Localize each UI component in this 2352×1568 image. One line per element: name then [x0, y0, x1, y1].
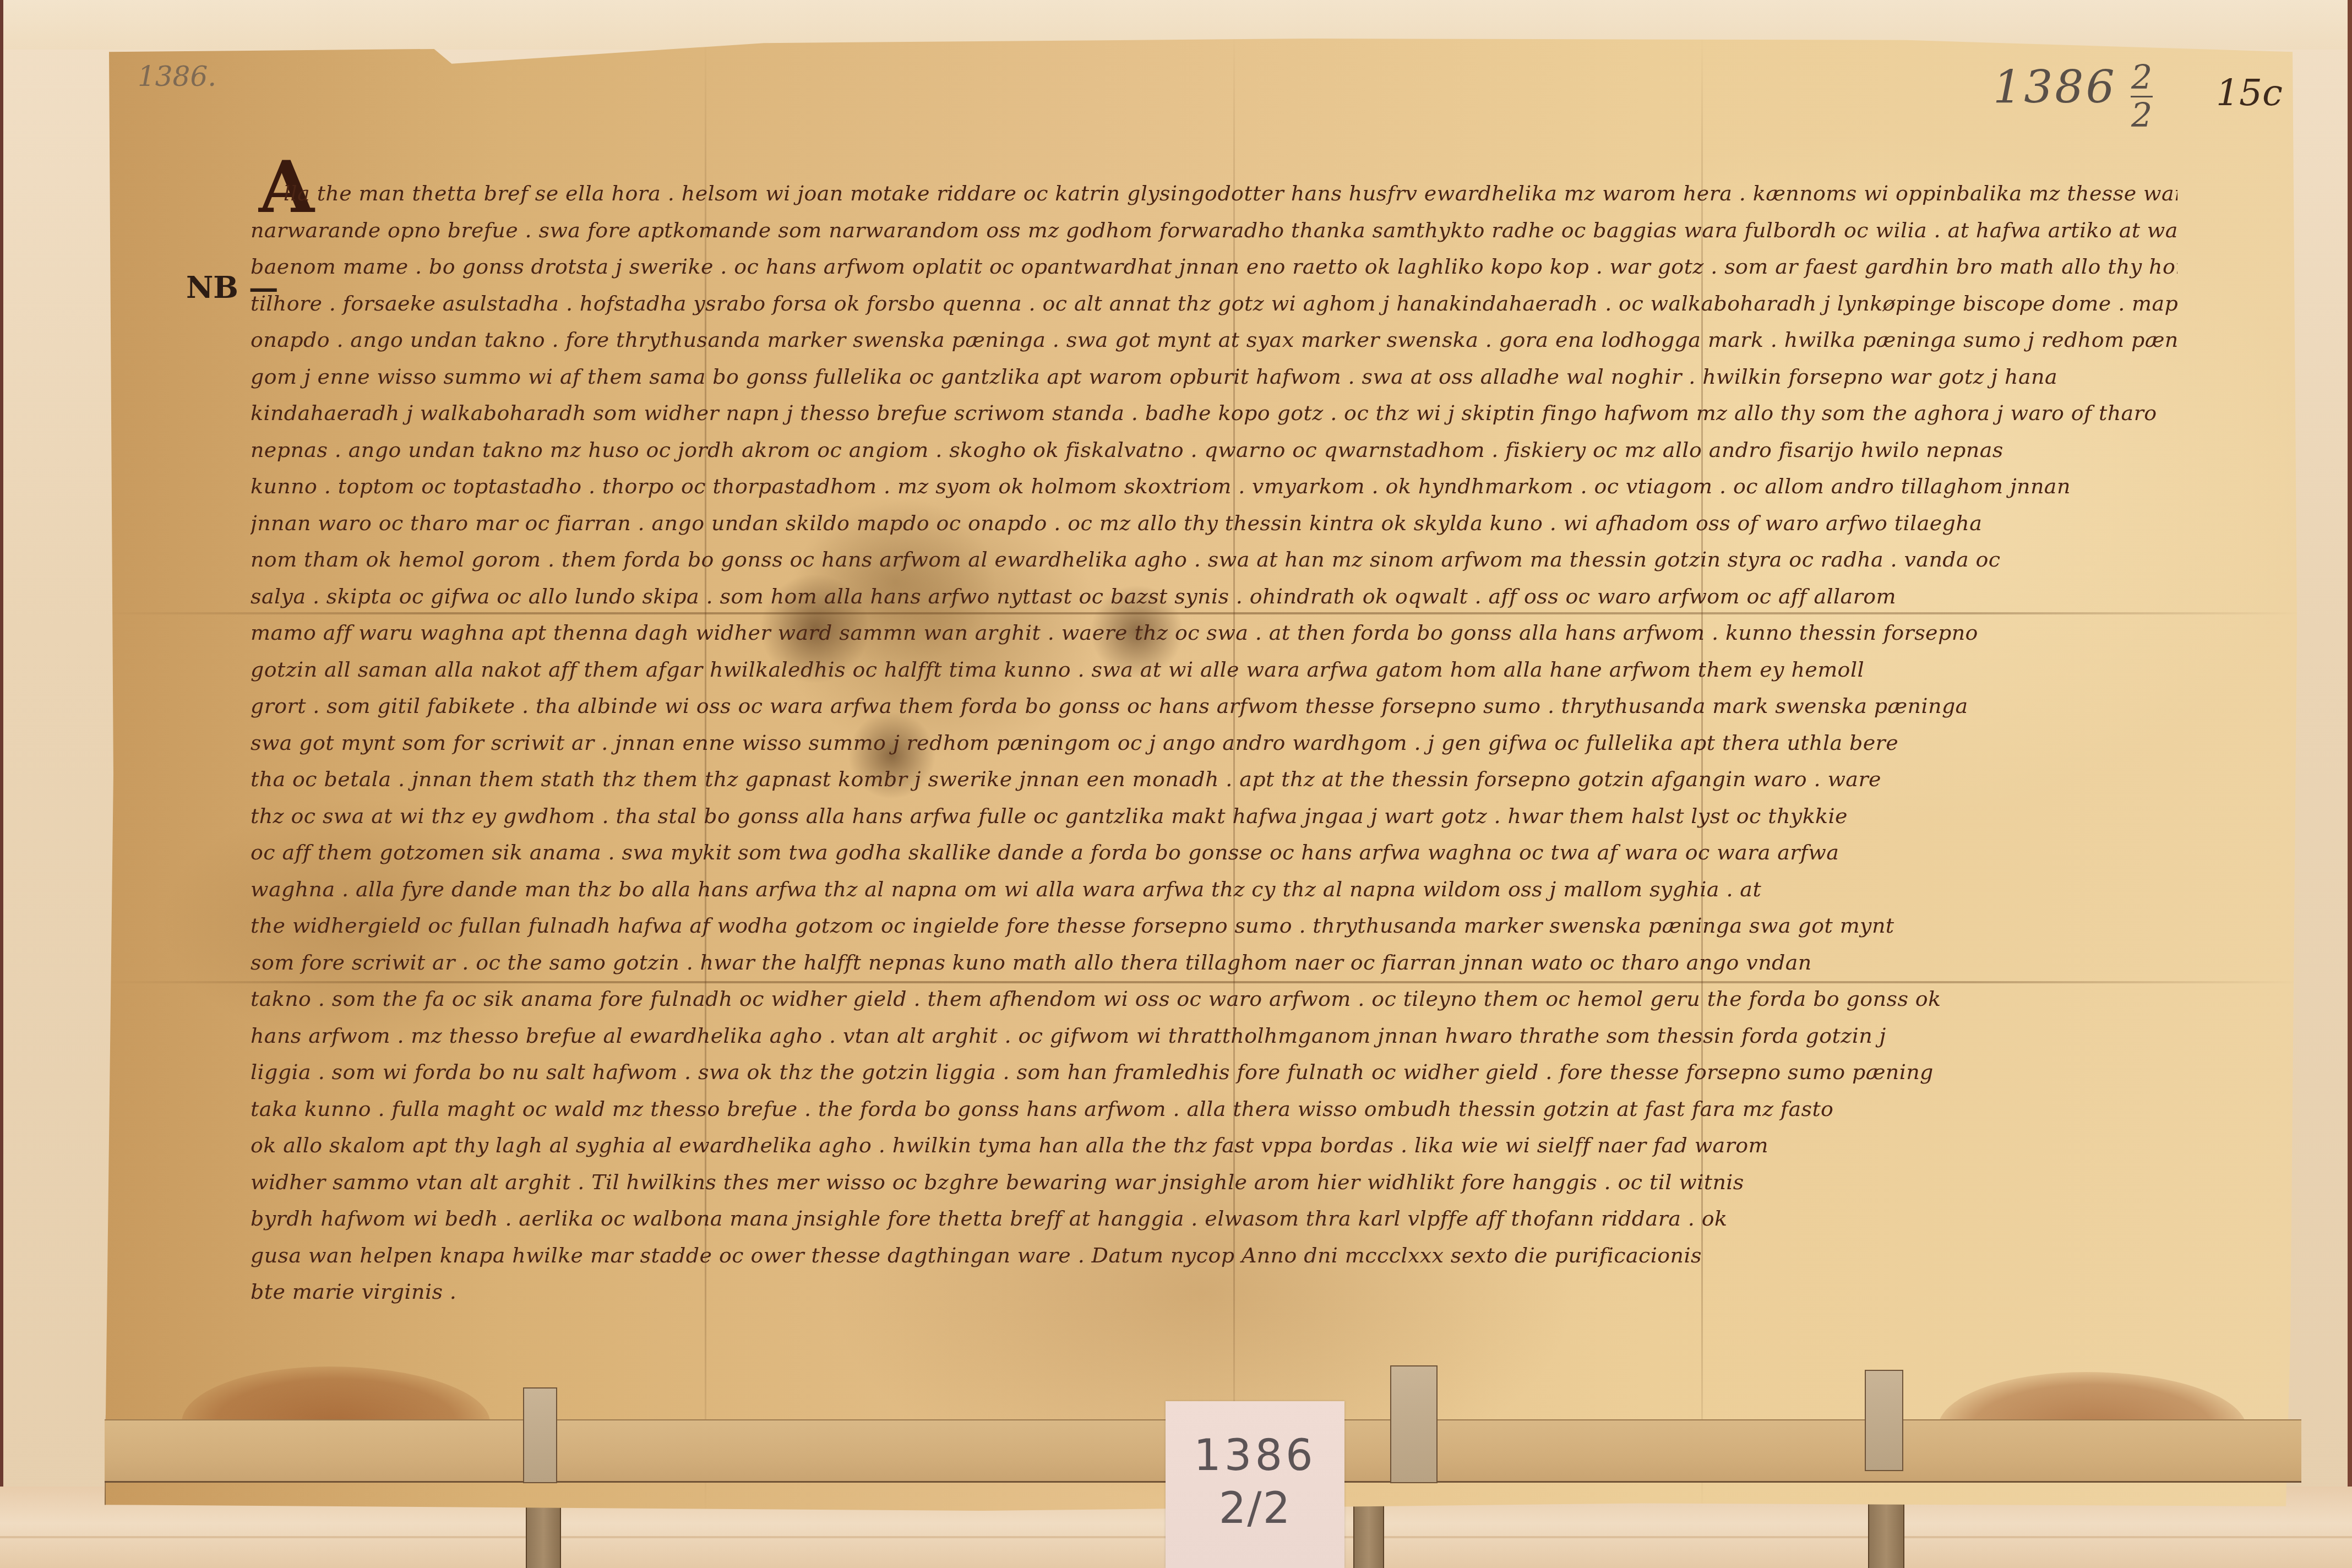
folio-annotation: 15c	[2216, 72, 2283, 114]
shelf-mark-annotation: 1386.	[138, 61, 216, 92]
text-line: byrdh hafwom wi bedh . aerlika oc walbon…	[251, 1200, 2177, 1237]
text-line: kunno . toptom oc toptastadho . thorpo o…	[251, 468, 2177, 505]
text-line: bte marie virginis .	[251, 1273, 2177, 1310]
label-part: 2/2	[1219, 1484, 1292, 1533]
text-line: ok allo skalom apt thy lagh al syghia al…	[251, 1127, 2177, 1164]
text-line: gom j enne wisso summo wi af them sama b…	[251, 358, 2177, 395]
text-line: taka kunno . fulla maght oc wald mz thes…	[251, 1091, 2177, 1128]
text-line: tilhore . forsaeke asulstadha . hofstadh…	[251, 285, 2177, 322]
text-line: baenom mame . bo gonss drotsta j swerike…	[251, 248, 2177, 285]
text-line: tha oc betala . jnnan them stath thz the…	[251, 761, 2177, 798]
mount-left-edge	[0, 0, 3, 1568]
text-line: oc aff them gotzomen sik anama . swa myk…	[251, 834, 2177, 871]
fraction-denominator: 2	[2131, 99, 2152, 133]
text-line: narwarande opno brefue . swa fore aptkom…	[251, 212, 2177, 249]
text-line: waghna . alla fyre dande man thz bo alla…	[251, 871, 2177, 908]
seal-tag-center	[1390, 1365, 1438, 1483]
archive-label: 1386 2/2	[1166, 1401, 1344, 1568]
mount-right-edge	[2348, 0, 2352, 1568]
text-line: salya . skipta oc gifwa oc allo lundo sk…	[251, 578, 2177, 615]
part-fraction-annotation: 2 2	[2131, 61, 2153, 133]
charter-text: lla the man thetta bref se ella hora . h…	[251, 175, 2177, 1310]
text-line: onapdo . ango undan takno . fore thrythu…	[251, 322, 2177, 358]
text-line: som fore scriwit ar . oc the samo gotzin…	[251, 944, 2177, 981]
text-line: kindahaeradh j walkaboharadh som widher …	[251, 395, 2177, 432]
text-line: nom tham ok hemol gorom . them forda bo …	[251, 541, 2177, 578]
year-annotation: 1386	[1993, 62, 2117, 114]
text-line: the widhergield oc fullan fulnadh hafwa …	[251, 907, 2177, 944]
photograph-background: 1386. 1386 2 2 15c NB — A lla the man th…	[0, 0, 2352, 1568]
text-line: nepnas . ango undan takno mz huso oc jor…	[251, 432, 2177, 469]
text-line: hans arfwom . mz thesso brefue al ewardh…	[251, 1017, 2177, 1054]
text-line: takno . som the fa oc sik anama fore ful…	[251, 981, 2177, 1017]
seal-tag-right	[1865, 1370, 1903, 1471]
text-line: lla the man thetta bref se ella hora . h…	[251, 175, 2177, 212]
text-line: liggia . som wi forda bo nu salt hafwom …	[251, 1054, 2177, 1091]
text-line: grort . som gitil fabikete . tha albinde…	[251, 688, 2177, 725]
text-line: widher sammo vtan alt arghit . Til hwilk…	[251, 1164, 2177, 1201]
fraction-numerator: 2	[2131, 61, 2152, 95]
text-line: swa got mynt som for scriwit ar . jnnan …	[251, 725, 2177, 761]
text-line: thz oc swa at wi thz ey gwdhom . tha sta…	[251, 798, 2177, 835]
text-line: gusa wan helpen knapa hwilke mar stadde …	[251, 1237, 2177, 1274]
text-line: gotzin all saman alla nakot aff them afg…	[251, 651, 2177, 688]
text-line: jnnan waro oc tharo mar oc fiarran . ang…	[251, 505, 2177, 542]
seal-tag-left	[523, 1387, 557, 1483]
label-year: 1386	[1194, 1431, 1316, 1480]
text-line: mamo aff waru waghna apt thenna dagh wid…	[251, 614, 2177, 651]
